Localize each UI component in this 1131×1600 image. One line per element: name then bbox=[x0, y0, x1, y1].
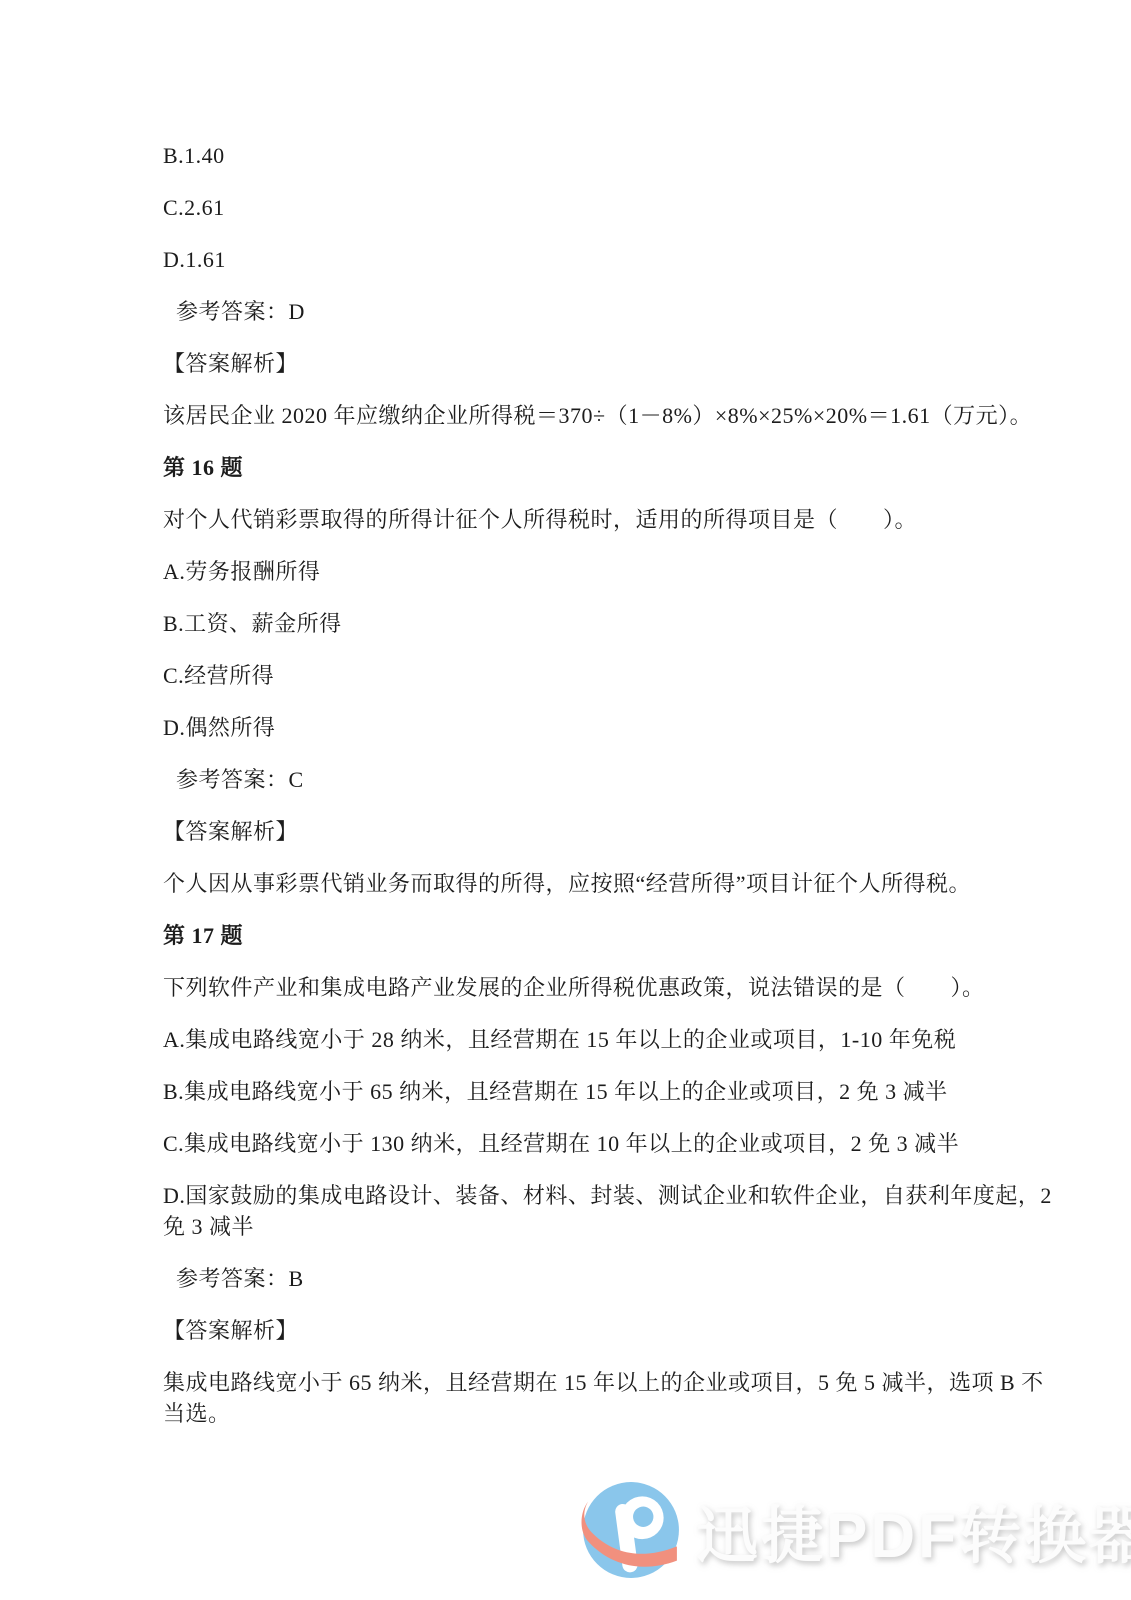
q17-option-a: A.集成电路线宽小于 28 纳米，且经营期在 15 年以上的企业或项目，1-10… bbox=[163, 1024, 1058, 1055]
q17-stem: 下列软件产业和集成电路产业发展的企业所得税优惠政策，说法错误的是（ ）。 bbox=[163, 972, 1058, 1003]
prev-option-d: D.1.61 bbox=[163, 244, 1058, 275]
q16-analysis-title: 【答案解析】 bbox=[163, 816, 1058, 847]
q16-answer: 参考答案：C bbox=[163, 764, 1058, 795]
q16-option-c: C.经营所得 bbox=[163, 660, 1058, 691]
q17-heading: 第 17 题 bbox=[163, 920, 1058, 951]
prev-analysis: 该居民企业 2020 年应缴纳企业所得税＝370÷（1－8%）×8%×25%×2… bbox=[163, 400, 1058, 431]
q16-stem: 对个人代销彩票取得的所得计征个人所得税时，适用的所得项目是（ ）。 bbox=[163, 504, 1058, 535]
q17-option-c: C.集成电路线宽小于 130 纳米，且经营期在 10 年以上的企业或项目，2 免… bbox=[163, 1128, 1058, 1159]
pdf-converter-logo-icon bbox=[580, 1479, 682, 1581]
watermark: 迅捷PDF转换器 bbox=[580, 1478, 1131, 1582]
q17-analysis: 集成电路线宽小于 65 纳米，且经营期在 15 年以上的企业或项目，5 免 5 … bbox=[163, 1367, 1058, 1429]
q16-option-d: D.偶然所得 bbox=[163, 712, 1058, 743]
q16-option-b: B.工资、薪金所得 bbox=[163, 608, 1058, 639]
prev-analysis-title: 【答案解析】 bbox=[163, 348, 1058, 379]
watermark-text: 迅捷PDF转换器 bbox=[696, 1486, 1131, 1575]
prev-answer: 参考答案：D bbox=[163, 296, 1058, 327]
q17-option-d: D.国家鼓励的集成电路设计、装备、材料、封装、测试企业和软件企业，自获利年度起，… bbox=[163, 1180, 1058, 1242]
prev-option-c: C.2.61 bbox=[163, 192, 1058, 223]
prev-option-b: B.1.40 bbox=[163, 140, 1058, 171]
q17-analysis-title: 【答案解析】 bbox=[163, 1315, 1058, 1346]
q17-option-b: B.集成电路线宽小于 65 纳米，且经营期在 15 年以上的企业或项目，2 免 … bbox=[163, 1076, 1058, 1107]
document-content: B.1.40 C.2.61 D.1.61 参考答案：D 【答案解析】 该居民企业… bbox=[163, 140, 1058, 1450]
q17-answer: 参考答案：B bbox=[163, 1263, 1058, 1294]
q16-option-a: A.劳务报酬所得 bbox=[163, 556, 1058, 587]
q16-analysis: 个人因从事彩票代销业务而取得的所得，应按照“经营所得”项目计征个人所得税。 bbox=[163, 868, 1058, 899]
document-page: B.1.40 C.2.61 D.1.61 参考答案：D 【答案解析】 该居民企业… bbox=[0, 0, 1131, 1600]
q16-heading: 第 16 题 bbox=[163, 452, 1058, 483]
